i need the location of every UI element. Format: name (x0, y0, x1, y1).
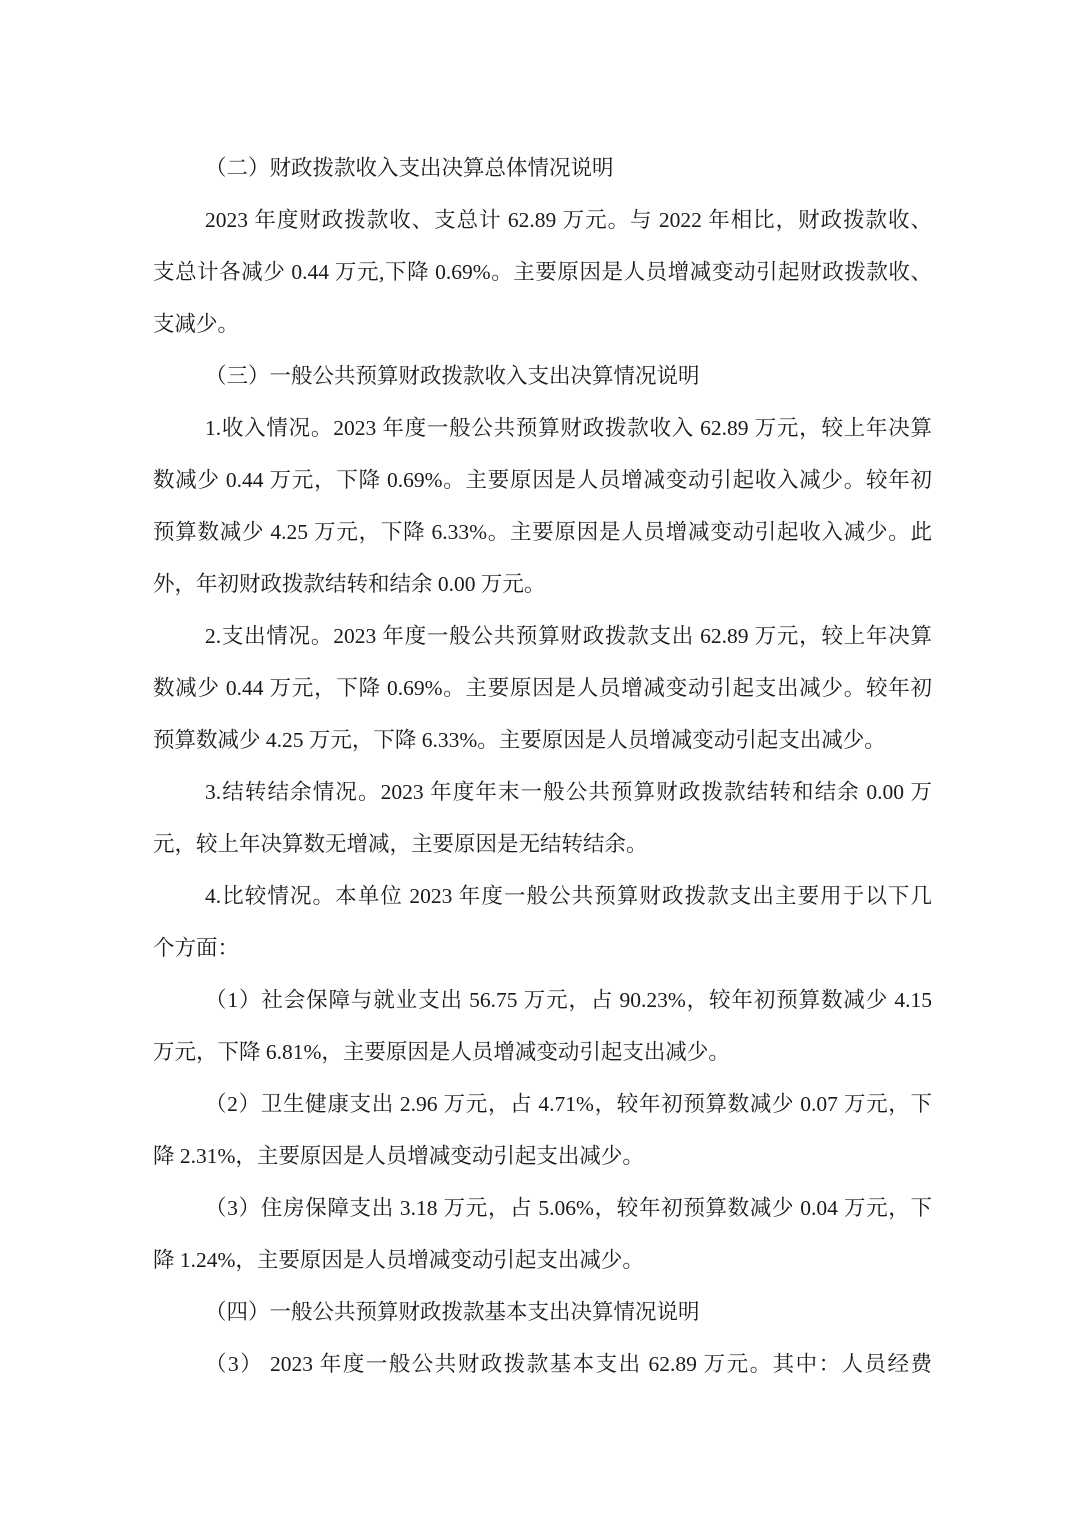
paragraph-line: 3.结转结余情况。2023 年度年末一般公共预算财政拨款结转和结余 0.00 万 (153, 766, 932, 818)
paragraph-line: 1.收入情况。2023 年度一般公共预算财政拨款收入 62.89 万元，较上年决… (153, 402, 932, 454)
paragraph-line: 降 2.31%，主要原因是人员增减变动引起支出减少。 (153, 1130, 932, 1182)
section-heading: （二）财政拨款收入支出决算总体情况说明 (153, 142, 932, 194)
paragraph-line: 支减少。 (153, 298, 932, 350)
paragraph-line: （3）住房保障支出 3.18 万元，占 5.06%，较年初预算数减少 0.04 … (153, 1182, 932, 1234)
paragraph-line: 预算数减少 4.25 万元，下降 6.33%。主要原因是人员增减变动引起收入减少… (153, 506, 932, 558)
paragraph-line: （1）社会保障与就业支出 56.75 万元，占 90.23%，较年初预算数减少 … (153, 974, 932, 1026)
paragraph-line: 元，较上年决算数无增减，主要原因是无结转结余。 (153, 818, 932, 870)
paragraph-line: 预算数减少 4.25 万元，下降 6.33%。主要原因是人员增减变动引起支出减少… (153, 714, 932, 766)
paragraph-line: 数减少 0.44 万元，下降 0.69%。主要原因是人员增减变动引起支出减少。较… (153, 662, 932, 714)
paragraph-line: 个方面： (153, 922, 932, 974)
section-heading: （四）一般公共预算财政拨款基本支出决算情况说明 (153, 1286, 932, 1338)
paragraph-line: 外，年初财政拨款结转和结余 0.00 万元。 (153, 558, 932, 610)
paragraph-line: 万元，下降 6.81%，主要原因是人员增减变动引起支出减少。 (153, 1026, 932, 1078)
paragraph-line: 数减少 0.44 万元，下降 0.69%。主要原因是人员增减变动引起收入减少。较… (153, 454, 932, 506)
paragraph-line: 支总计各减少 0.44 万元,下降 0.69%。主要原因是人员增减变动引起财政拨… (153, 246, 932, 298)
paragraph-line: 2023 年度财政拨款收、支总计 62.89 万元。与 2022 年相比，财政拨… (153, 194, 932, 246)
paragraph-line: 4.比较情况。本单位 2023 年度一般公共预算财政拨款支出主要用于以下几 (153, 870, 932, 922)
paragraph-line: 降 1.24%，主要原因是人员增减变动引起支出减少。 (153, 1234, 932, 1286)
text-block: （二）财政拨款收入支出决算总体情况说明 2023 年度财政拨款收、支总计 62.… (153, 142, 932, 1390)
section-heading: （三）一般公共预算财政拨款收入支出决算情况说明 (153, 350, 932, 402)
paragraph-line: （3） 2023 年度一般公共财政拨款基本支出 62.89 万元。其中：人员经费 (153, 1338, 932, 1390)
paragraph-line: 2.支出情况。2023 年度一般公共预算财政拨款支出 62.89 万元，较上年决… (153, 610, 932, 662)
paragraph-line: （2）卫生健康支出 2.96 万元，占 4.71%，较年初预算数减少 0.07 … (153, 1078, 932, 1130)
document-page: （二）财政拨款收入支出决算总体情况说明 2023 年度财政拨款收、支总计 62.… (0, 0, 1074, 1520)
